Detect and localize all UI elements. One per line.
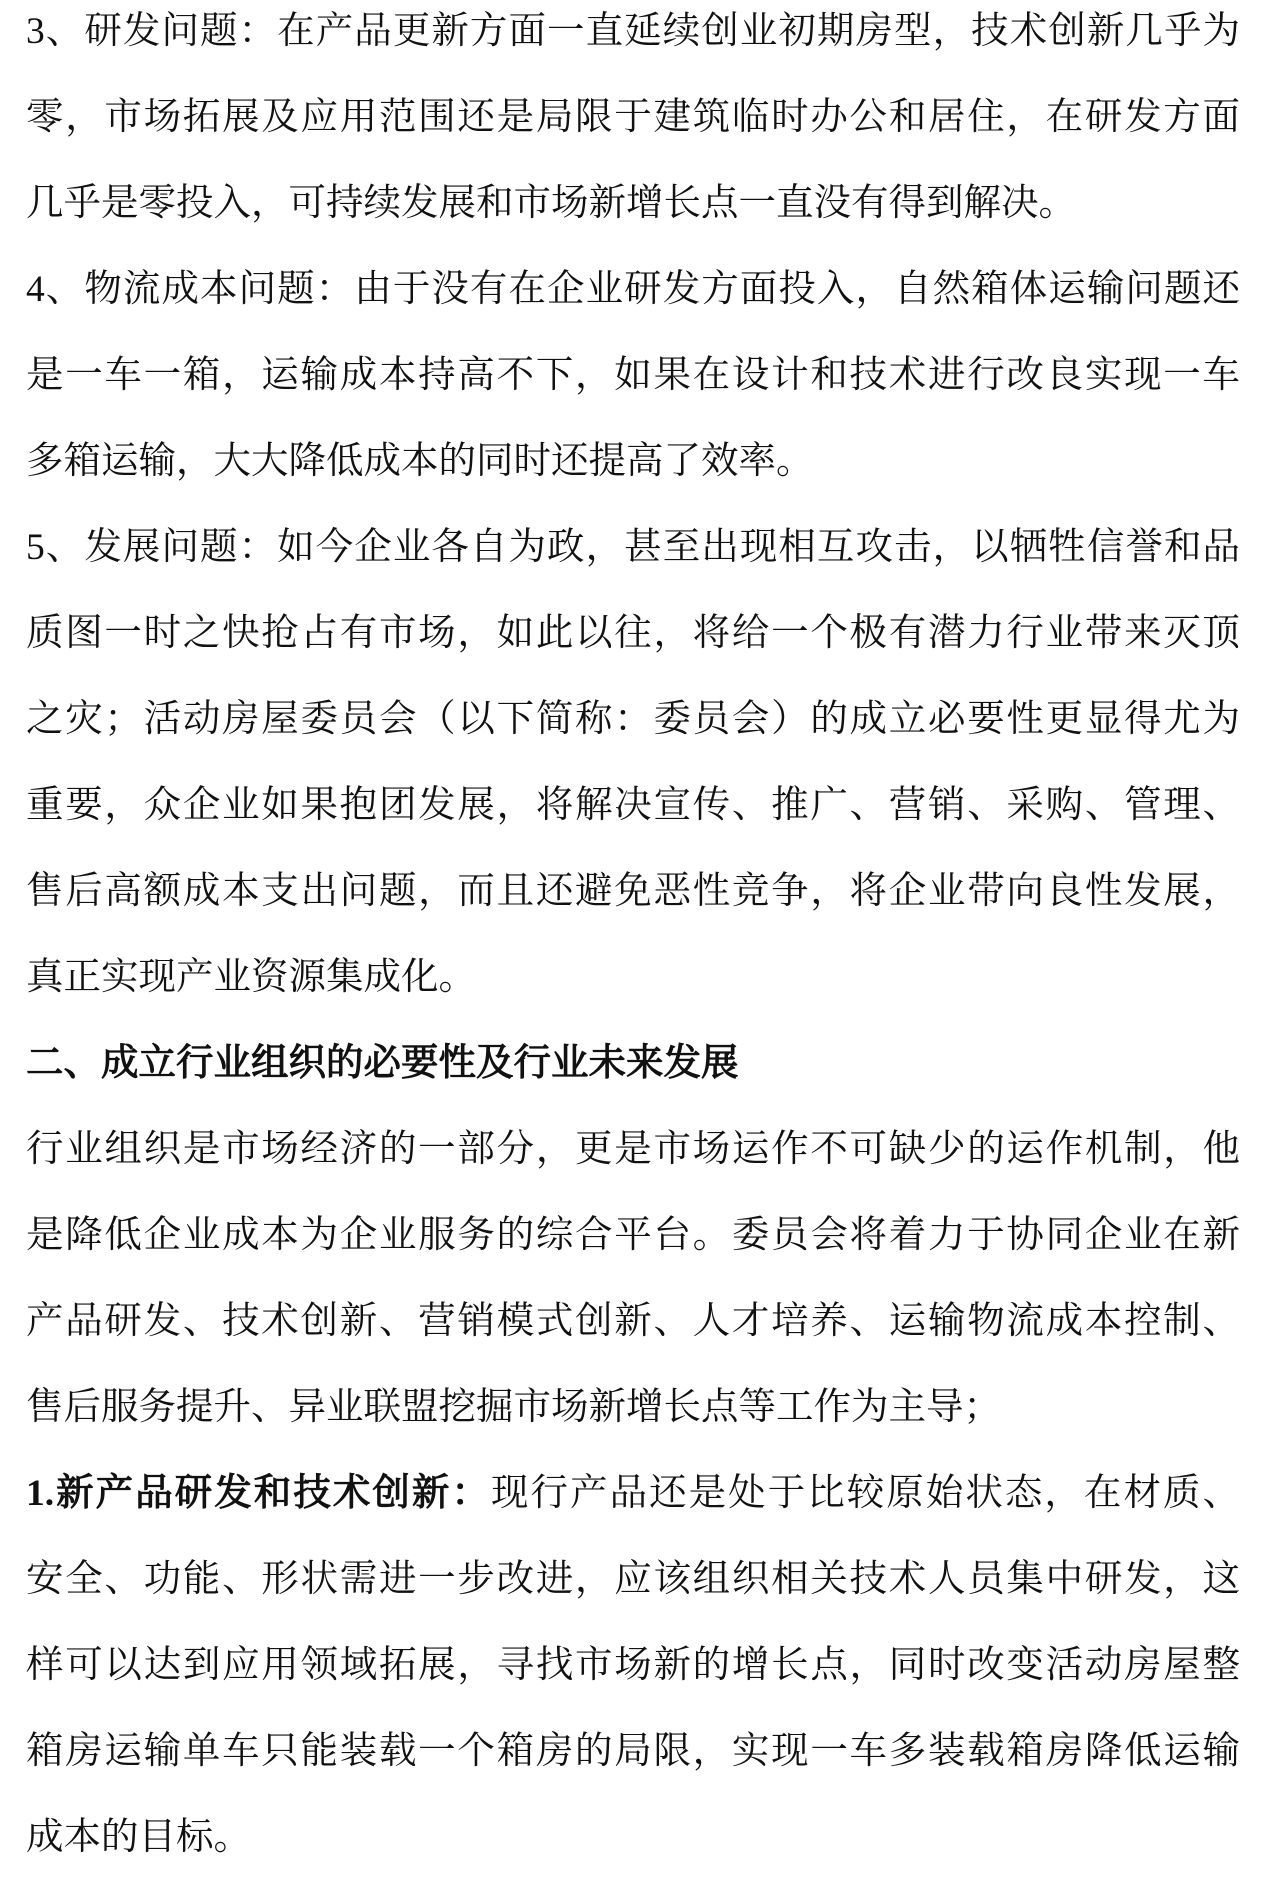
text-line: 5、发展问题：如今企业各自为政，甚至出现相互攻击，以牺牲信誉和品 — [26, 505, 1240, 591]
text-line: 1.新产品研发和技术创新：现行产品还是处于比较原始状态，在材质、 — [26, 1451, 1240, 1537]
text-line: 售后服务提升、异业联盟挖掘市场新增长点等工作为主导； — [26, 1365, 1240, 1451]
document-page: { "page": { "background_color": "#ffffff… — [0, 0, 1268, 1890]
text-line: 真正实现产业资源集成化。 — [26, 935, 1240, 1021]
text-line: 产品研发、技术创新、营销模式创新、人才培养、运输物流成本控制、 — [26, 1279, 1240, 1365]
section-heading: 二、成立行业组织的必要性及行业未来发展 — [26, 1021, 1240, 1107]
text-line: 成本的目标。 — [26, 1795, 1240, 1881]
text-line: 是降低企业成本为企业服务的综合平台。委员会将着力于协同企业在新 — [26, 1193, 1240, 1279]
text-run: 现行产品还是处于比较原始状态，在材质、 — [491, 1473, 1240, 1514]
text-line: 3、研发问题：在产品更新方面一直延续创业初期房型，技术创新几乎为 — [26, 0, 1240, 75]
text-line: 多箱运输，大大降低成本的同时还提高了效率。 — [26, 419, 1240, 505]
text-line: 样可以达到应用领域拓展，寻找市场新的增长点，同时改变活动房屋整 — [26, 1623, 1240, 1709]
text-line: 箱房运输单车只能装载一个箱房的局限，实现一车多装载箱房降低运输 — [26, 1709, 1240, 1795]
text-line: 之灾；活动房屋委员会（以下简称：委员会）的成立必要性更显得尤为 — [26, 677, 1240, 763]
text-line: 重要，众企业如果抱团发展，将解决宣传、推广、营销、采购、管理、 — [26, 763, 1240, 849]
text-line: 质图一时之快抢占有市场，如此以往，将给一个极有潜力行业带来灭顶 — [26, 591, 1240, 677]
run-in-heading: 1.新产品研发和技术创新： — [26, 1473, 491, 1514]
document-body: 3、研发问题：在产品更新方面一直延续创业初期房型，技术创新几乎为 零，市场拓展及… — [0, 0, 1268, 1881]
text-line: 是一车一箱，运输成本持高不下，如果在设计和技术进行改良实现一车 — [26, 333, 1240, 419]
text-line: 售后高额成本支出问题，而且还避免恶性竞争，将企业带向良性发展， — [26, 849, 1240, 935]
text-line: 行业组织是市场经济的一部分，更是市场运作不可缺少的运作机制，他 — [26, 1107, 1240, 1193]
text-line: 几乎是零投入，可持续发展和市场新增长点一直没有得到解决。 — [26, 161, 1240, 247]
text-line: 零，市场拓展及应用范围还是局限于建筑临时办公和居住，在研发方面 — [26, 75, 1240, 161]
text-line: 安全、功能、形状需进一步改进，应该组织相关技术人员集中研发，这 — [26, 1537, 1240, 1623]
text-line: 4、物流成本问题：由于没有在企业研发方面投入，自然箱体运输问题还 — [26, 247, 1240, 333]
